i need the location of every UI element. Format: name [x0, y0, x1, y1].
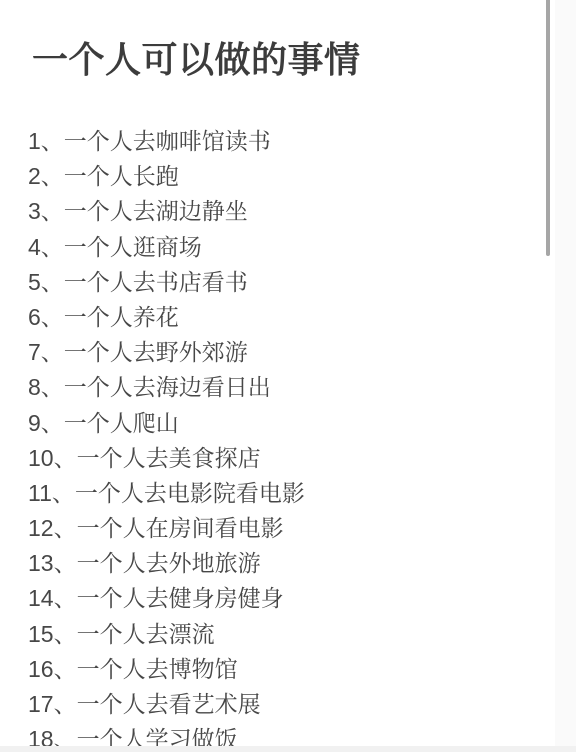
item-text: 一个人学习做饭: [77, 726, 238, 746]
list-item: 7、一个人去野外郊游: [28, 335, 555, 370]
item-number: 12、: [28, 515, 77, 541]
item-text: 一个人去书店看书: [64, 269, 248, 295]
item-number: 6、: [28, 304, 64, 330]
item-text: 一个人去美食探店: [77, 445, 261, 471]
item-number: 18、: [28, 726, 77, 746]
item-text: 一个人爬山: [64, 410, 179, 436]
list-item: 16、一个人去博物馆: [28, 652, 555, 687]
item-text: 一个人去湖边静坐: [64, 198, 248, 224]
item-number: 3、: [28, 198, 64, 224]
page-title: 一个人可以做的事情: [0, 0, 555, 82]
list-item: 1、一个人去咖啡馆读书: [28, 124, 555, 159]
item-number: 15、: [28, 621, 77, 647]
list-item: 5、一个人去书店看书: [28, 265, 555, 300]
item-number: 5、: [28, 269, 64, 295]
item-number: 10、: [28, 445, 77, 471]
item-text: 一个人去海边看日出: [64, 374, 271, 400]
item-number: 7、: [28, 339, 64, 365]
item-text: 一个人去漂流: [77, 621, 215, 647]
list-item: 8、一个人去海边看日出: [28, 370, 555, 405]
list-item: 10、一个人去美食探店: [28, 441, 555, 476]
list-item: 3、一个人去湖边静坐: [28, 194, 555, 229]
item-number: 14、: [28, 585, 77, 611]
item-text: 一个人养花: [64, 304, 179, 330]
page-background: 一个人可以做的事情 1、一个人去咖啡馆读书2、一个人长跑3、一个人去湖边静坐4、…: [0, 0, 576, 752]
item-number: 13、: [28, 550, 77, 576]
item-number: 2、: [28, 163, 64, 189]
item-text: 一个人去健身房健身: [77, 585, 284, 611]
list-item: 4、一个人逛商场: [28, 230, 555, 265]
list-item: 18、一个人学习做饭: [28, 722, 555, 746]
item-text: 一个人在房间看电影: [77, 515, 284, 541]
item-number: 16、: [28, 656, 77, 682]
scrollbar-thumb[interactable]: [546, 0, 550, 256]
list-item: 6、一个人养花: [28, 300, 555, 335]
list-item: 11、一个人去电影院看电影: [28, 476, 555, 511]
list-item: 12、一个人在房间看电影: [28, 511, 555, 546]
content-card: 一个人可以做的事情 1、一个人去咖啡馆读书2、一个人长跑3、一个人去湖边静坐4、…: [0, 0, 555, 746]
item-text: 一个人去野外郊游: [64, 339, 248, 365]
list-item: 13、一个人去外地旅游: [28, 546, 555, 581]
item-text: 一个人逛商场: [64, 234, 202, 260]
item-text: 一个人长跑: [64, 163, 179, 189]
item-text: 一个人去咖啡馆读书: [64, 128, 271, 154]
list-item: 14、一个人去健身房健身: [28, 581, 555, 616]
item-number: 17、: [28, 691, 77, 717]
bottom-edge-band: [0, 746, 576, 752]
activity-list: 1、一个人去咖啡馆读书2、一个人长跑3、一个人去湖边静坐4、一个人逛商场5、一个…: [0, 124, 555, 746]
item-number: 1、: [28, 128, 64, 154]
list-item: 17、一个人去看艺术展: [28, 687, 555, 722]
item-number: 9、: [28, 410, 64, 436]
item-text: 一个人去看艺术展: [77, 691, 261, 717]
list-item: 9、一个人爬山: [28, 406, 555, 441]
item-text: 一个人去博物馆: [77, 656, 238, 682]
item-number: 4、: [28, 234, 64, 260]
list-item: 15、一个人去漂流: [28, 617, 555, 652]
list-item: 2、一个人长跑: [28, 159, 555, 194]
item-number: 11、: [28, 480, 75, 506]
item-text: 一个人去外地旅游: [77, 550, 261, 576]
item-text: 一个人去电影院看电影: [75, 480, 305, 506]
item-number: 8、: [28, 374, 64, 400]
